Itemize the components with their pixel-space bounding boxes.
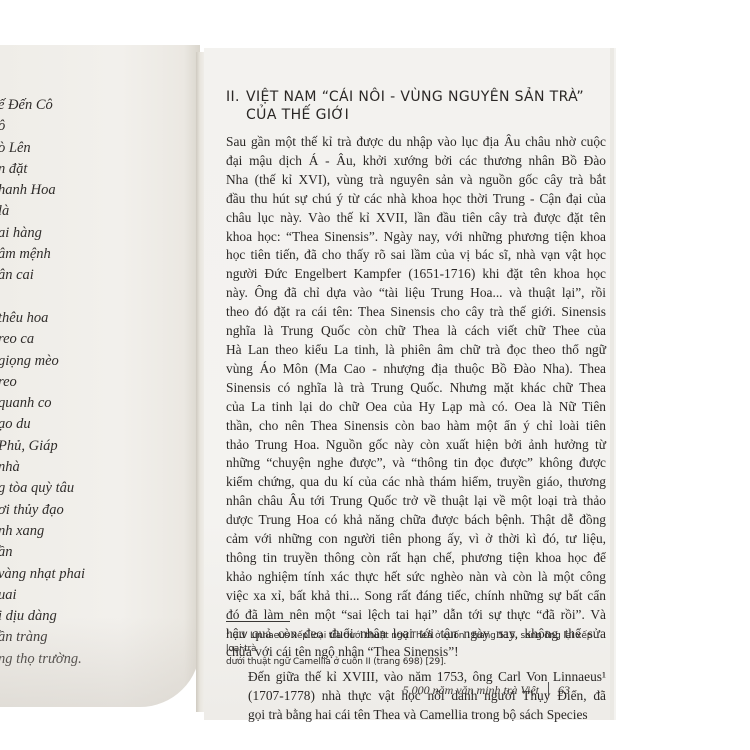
- left-line: g tòa quỳ tâu: [0, 478, 85, 499]
- text-line: dược Trung Hoa có khả năng chữa được bác…: [226, 511, 606, 530]
- text-line: Sau gần một thế kỉ trà được du nhập vào …: [226, 133, 606, 152]
- left-line: là: [0, 201, 85, 222]
- left-page: ế Đến Cô ô ò Lên n đặt hanh Hoa là ai hà…: [0, 45, 200, 707]
- footer-divider: [548, 682, 549, 696]
- text-line: Hà Lan theo kiểu La tinh, là phiên âm ch…: [226, 341, 606, 360]
- text-line: theo đó đặt ra cái tên: Thea Sinensis ch…: [226, 303, 606, 322]
- text-line: thần, cho nên Thea Sinensis còn bao hàm …: [226, 417, 606, 436]
- paragraph-1: Sau gần một thế kỉ trà được du nhập vào …: [226, 133, 606, 662]
- left-line: [0, 287, 85, 308]
- section-heading: II.VIỆT NAM “CÁI NÔI - VÙNG NGUYÊN SẢN T…: [226, 88, 606, 124]
- left-page-text: ế Đến Cô ô ò Lên n đặt hanh Hoa là ai hà…: [0, 95, 85, 670]
- text-line: này. Ông đã chỉ dựa vào “tài liệu Trung …: [226, 284, 606, 303]
- section-heading-line1: VIỆT NAM “CÁI NÔI - VÙNG NGUYÊN SẢN TRÀ”: [246, 89, 584, 105]
- left-line: uai: [0, 585, 85, 606]
- text-line: người Đức Engelbert Kampfer (1651-1716) …: [226, 265, 606, 284]
- text-line: châu lục này. Vào thế kỉ XVII, lần đầu t…: [226, 209, 606, 228]
- footnote-line2: dưới thuật ngữ Camellia ở cuốn II (trang…: [226, 657, 446, 667]
- left-line: reo ca: [0, 329, 85, 350]
- left-line: ế Đến Cô: [0, 95, 85, 116]
- section-number: II.: [226, 88, 246, 106]
- right-page: II.VIỆT NAM “CÁI NÔI - VÙNG NGUYÊN SẢN T…: [204, 48, 610, 720]
- left-line: vàng nhạt phai: [0, 564, 85, 585]
- text-line: kiểm chứng, qua du kí của các nhà thám h…: [226, 473, 606, 492]
- text-line: Sinensis có nghĩa là trà Trung Quốc. Như…: [226, 379, 606, 398]
- left-line: quanh co: [0, 393, 85, 414]
- section-heading-line2: CỦA THẾ GIỚI: [226, 106, 606, 124]
- text-line: thảo Trung Hoa. Nguồn gốc này còn xuất h…: [226, 436, 606, 455]
- footnote-line1: C.V Linnaeus xếp loại trà dưới thuật ngữ…: [226, 631, 592, 654]
- left-line: ân cai: [0, 265, 85, 286]
- left-line: ơi thủy đạo: [0, 500, 85, 521]
- text-line: những “chuyện nghe được”, và “thông tin …: [226, 454, 606, 473]
- text-line: nghĩa là Trung Quốc còn chữ Thea là cách…: [226, 322, 606, 341]
- left-line: âm mệnh: [0, 244, 85, 265]
- text-line: đại mậu dịch Á - Âu, khởi xướng bởi các …: [226, 152, 606, 171]
- text-line: cảm với những con người tiên phong ấy, v…: [226, 530, 606, 549]
- left-line: ần tràng: [0, 627, 85, 648]
- left-line: ô: [0, 116, 85, 137]
- text-line: vùng Áo Môn (Ma Cao - nhượng địa thuộc B…: [226, 360, 606, 379]
- book-title: 5.000 năm văn minh trà Việt: [403, 683, 539, 697]
- left-line: nhà: [0, 457, 85, 478]
- left-line: giọng mèo: [0, 351, 85, 372]
- left-line: ò Lên: [0, 138, 85, 159]
- left-line: n đặt: [0, 159, 85, 180]
- left-line: nh xang: [0, 521, 85, 542]
- page-number: 63: [558, 683, 570, 697]
- left-line: thêu hoa: [0, 308, 85, 329]
- left-line: ạo du: [0, 414, 85, 435]
- text-line: học tiên tiến, đã cho thấy rõ sai lầm củ…: [226, 246, 606, 265]
- left-line: ần: [0, 542, 85, 563]
- text-line: khảo nghiệm tính xác thực hết sức nghèo …: [226, 568, 606, 587]
- text-line: khoa học: “Thea Sinensis”. Ngày nay, với…: [226, 228, 606, 247]
- text-line: nhân châu Âu tới Trung Quốc trở về thuật…: [226, 492, 606, 511]
- text-line: việc xa xỉ, bất khả thi... Song rất đáng…: [226, 587, 606, 606]
- running-footer: 5.000 năm văn minh trà Việt63: [403, 682, 570, 698]
- text-line: của La tinh lại do chữ Oea của Hy Lạp mà…: [226, 398, 606, 417]
- text-line: gọi trà bằng hai cái tên Thea và Camelli…: [226, 706, 606, 725]
- left-line: ng thọ trường.: [0, 649, 85, 670]
- footnote: 1 C.V Linnaeus xếp loại trà dưới thuật n…: [226, 626, 604, 669]
- left-line: hanh Hoa: [0, 180, 85, 201]
- footnote-rule: [226, 621, 290, 622]
- left-line: reo: [0, 372, 85, 393]
- left-line: ai hàng: [0, 223, 85, 244]
- text-line: Nha (thế kỉ XVI), vùng trà nguyên sản và…: [226, 171, 606, 190]
- left-line: Phủ, Giáp: [0, 436, 85, 457]
- left-line: i dịu dàng: [0, 606, 85, 627]
- text-line: đầu thu hút sự chú ý từ các nhà khoa học…: [226, 190, 606, 209]
- text-line: thông tin truyền thông còn rất hạn chế, …: [226, 549, 606, 568]
